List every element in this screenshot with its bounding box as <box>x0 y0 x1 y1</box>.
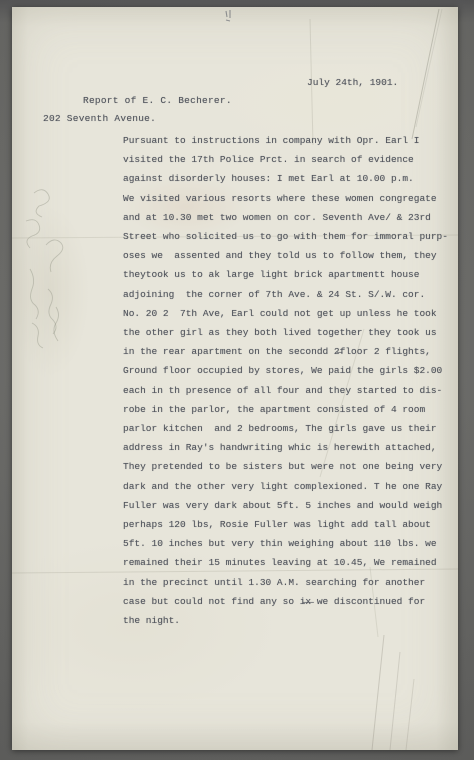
typed-line: We visited various resorts where these w… <box>123 189 453 208</box>
typed-line: robe in the parlor, the apartment consis… <box>123 400 453 419</box>
typed-line: in the rear apartment on the secondd 2̶f… <box>123 342 453 361</box>
typed-line: dark and the other very light complexion… <box>123 477 453 496</box>
typed-line: the night. <box>123 611 453 630</box>
typed-line: Street who solicited us to go with them … <box>123 227 453 246</box>
typed-line: remained their 15 minutes leaving at 10.… <box>123 553 453 572</box>
typed-line: Ground floor occupied by stores, We paid… <box>123 361 453 380</box>
typed-line: Fuller was very dark about 5ft. 5 inches… <box>123 496 453 515</box>
typed-line: They pretended to be sisters but were no… <box>123 457 453 476</box>
typed-line: each in th presence of all four and they… <box>123 381 453 400</box>
report-body: Pursuant to instructions in company with… <box>123 131 453 630</box>
typed-line: Pursuant to instructions in company with… <box>123 131 453 150</box>
typed-line: visited the 17th Police Prct. in search … <box>123 150 453 169</box>
typed-line: perhaps 120 lbs, Rosie Fuller was light … <box>123 515 453 534</box>
typed-line: against disorderly houses: I met Earl at… <box>123 169 453 188</box>
typed-line: theytook us to ak large light brick apar… <box>123 265 453 284</box>
address-line: 202 Seventh Avenue. <box>43 113 156 125</box>
document-page: July 24th, 1901. Report of E. C. Bechere… <box>12 7 458 750</box>
photographed-document: { "page": { "date": "July 24th, 1901.", … <box>0 0 474 760</box>
typed-line: No. 20 2 7th Ave, Earl could not get up … <box>123 304 453 323</box>
typed-line: and at 10.30 met two women on cor. Seven… <box>123 208 453 227</box>
typed-line: oses we assented and they told us to fol… <box>123 246 453 265</box>
date-line: July 24th, 1901. <box>307 77 398 89</box>
typed-line: case but could not find any so i̶x̶ we d… <box>123 592 453 611</box>
report-title-line: Report of E. C. Becherer. <box>83 95 232 107</box>
typed-line: address in Ray's handwriting whic is her… <box>123 438 453 457</box>
typed-line: adjoining the corner of 7th Ave. & 24 St… <box>123 285 453 304</box>
typed-line: in the precinct until 1.30 A.M. searchin… <box>123 573 453 592</box>
typed-line: parlor kitchen and 2 bedrooms, The girls… <box>123 419 453 438</box>
typed-line: 5ft. 10 inches but very thin weighing ab… <box>123 534 453 553</box>
typed-line: the other girl as they both lived togeth… <box>123 323 453 342</box>
